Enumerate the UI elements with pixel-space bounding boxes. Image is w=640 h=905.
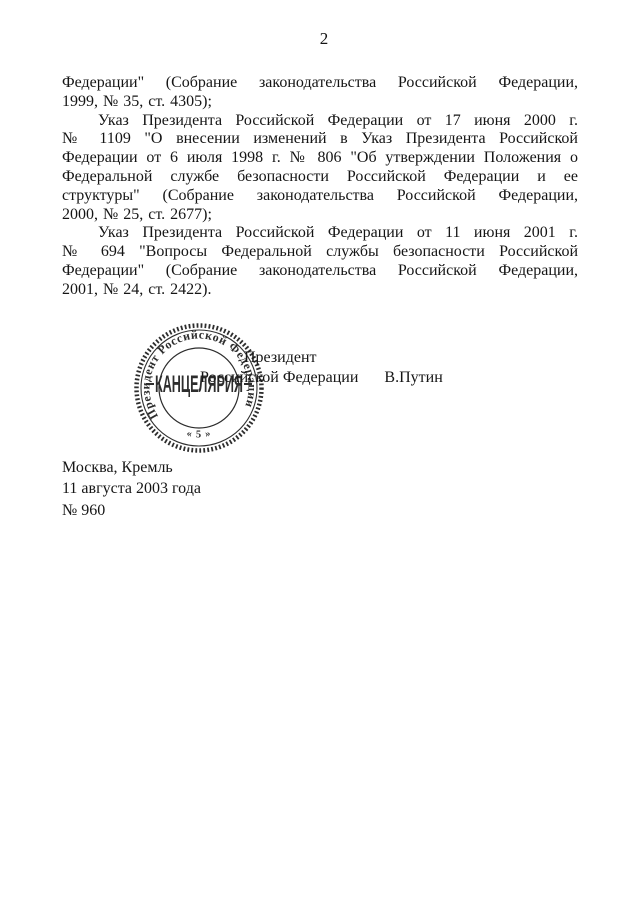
stamp-center-text: КАНЦЕЛЯРИЯ	[155, 371, 243, 398]
footer-block: Москва, Кремль 11 августа 2003 года № 96…	[62, 457, 201, 521]
decree-body-text: Федерации" (Собрание законодательства Ро…	[62, 74, 578, 300]
text-line: 2001, № 24, ст. 2422).	[62, 281, 578, 300]
text-line: Федерации от 6 июля 1998 г. № 806 "Об ут…	[62, 149, 578, 168]
page-number: 2	[0, 29, 640, 49]
text-line: № 1109 "О внесении изменений в Указ През…	[62, 130, 578, 149]
text-line: Федеральной службе безопасности Российск…	[62, 168, 578, 187]
text-line: Указ Президента Российской Федерации от …	[62, 224, 578, 243]
text-line: Федерации" (Собрание законодательства Ро…	[62, 74, 578, 93]
chancellery-stamp-icon: Президент Российской Федерации « 5 » КАН…	[129, 318, 269, 458]
footer-place: Москва, Кремль	[62, 457, 201, 478]
text-line: № 694 "Вопросы Федеральной службы безопа…	[62, 243, 578, 262]
footer-number: № 960	[62, 500, 201, 521]
signature-name: В.Путин	[384, 368, 442, 388]
document-page: 2 Федерации" (Собрание законодательства …	[0, 0, 640, 905]
text-line: Указ Президента Российской Федерации от …	[62, 112, 578, 131]
text-line: 1999, № 35, ст. 4305);	[62, 93, 578, 112]
text-line: Федерации" (Собрание законодательства Ро…	[62, 262, 578, 281]
text-line: структуры" (Собрание законодательства Ро…	[62, 187, 578, 206]
stamp-bottom-text: « 5 »	[186, 428, 213, 440]
text-line: 2000, № 25, ст. 2677);	[62, 206, 578, 225]
svg-text:« 5 »: « 5 »	[186, 428, 213, 440]
footer-date: 11 августа 2003 года	[62, 478, 201, 499]
